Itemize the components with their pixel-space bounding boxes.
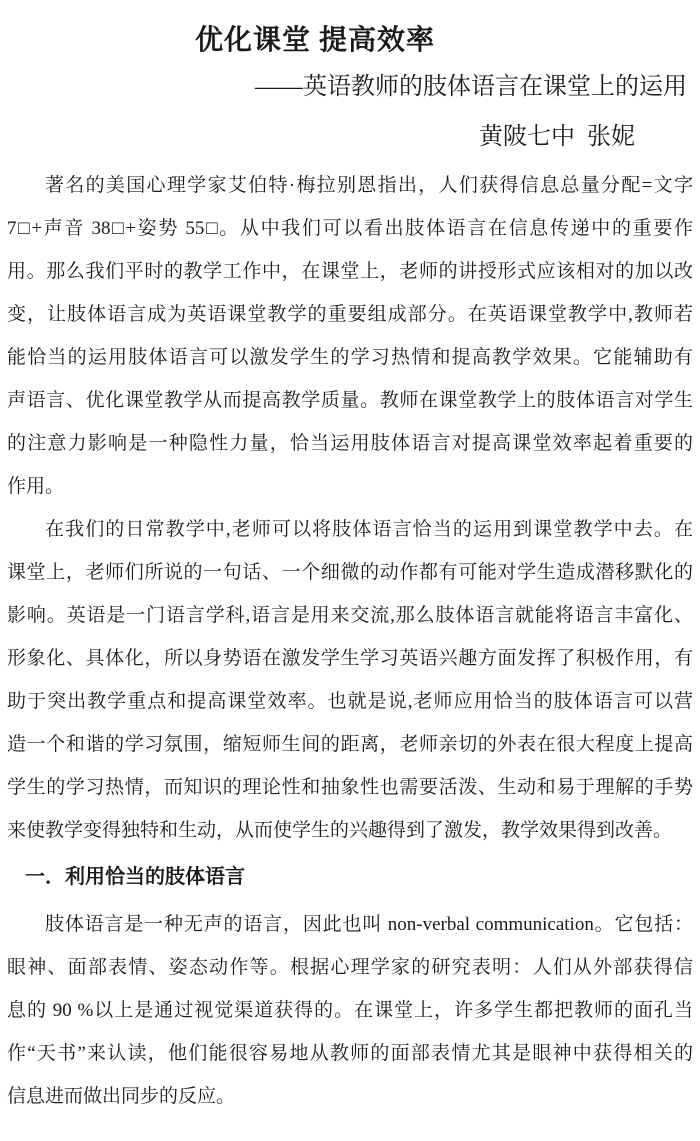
document-title: 优化课堂 提高效率 [7, 18, 693, 64]
text-line: 声语言、优化课堂教学从而提高教学质量。教师在课堂教学上的肢体语言对学生 [7, 379, 693, 422]
section-heading-1: 一．利用恰当的肢体语言 [7, 856, 693, 899]
document-author: 黄陂七中 张妮 [7, 114, 693, 160]
text-line: 用。那么我们平时的教学工作中，在课堂上，老师的讲授形式应该相对的加以改 [7, 250, 693, 293]
document-page: 优化课堂 提高效率 ——英语教师的肢体语言在课堂上的运用 黄陂七中 张妮 著名的… [0, 0, 700, 1141]
text-line: 助于突出教学重点和提高课堂效率。也就是说,老师应用恰当的肢体语言可以营 [7, 680, 693, 723]
text-line: 息的 90 %以上是通过视觉渠道获得的。在课堂上，许多学生都把教师的面孔当 [7, 989, 693, 1032]
text-line: 肢体语言是一种无声的语言，因此也叫 non-verbal communicati… [7, 903, 693, 946]
text-line: 造一个和谐的学习氛围，缩短师生间的距离，老师亲切的外表在很大程度上提高 [7, 723, 693, 766]
text-line: 的注意力影响是一种隐性力量，恰当运用肢体语言对提高课堂效率起着重要的 [7, 422, 693, 465]
text-line: 作“天书”来认读，他们能很容易地从教师的面部表情尤其是眼神中获得相关的 [7, 1032, 693, 1075]
text-line: 信息进而做出同步的反应。 [7, 1075, 693, 1118]
text-line: 形象化、具体化，所以身势语在激发学生学习英语兴趣方面发挥了积极作用，有 [7, 637, 693, 680]
text-line: 影响。英语是一门语言学科,语言是用来交流,那么肢体语言就能将语言丰富化、 [7, 594, 693, 637]
text-line: 能恰当的运用肢体语言可以激发学生的学习热情和提高教学效果。它能辅助有 [7, 336, 693, 379]
text-line: 课堂上，老师们所说的一句话、一个细微的动作都有可能对学生造成潜移默化的 [7, 551, 693, 594]
text-line: 在我们的日常教学中,老师可以将肢体语言恰当的运用到课堂教学中去。在 [7, 508, 693, 551]
text-line: 变，让肢体语言成为英语课堂教学的重要组成部分。在英语课堂教学中,教师若 [7, 293, 693, 336]
text-line: 著名的美国心理学家艾伯特·梅拉别恩指出，人们获得信息总量分配=文字 [7, 164, 693, 207]
document-subtitle: ——英语教师的肢体语言在课堂上的运用 [7, 64, 693, 110]
text-line: 7□+声音 38□+姿势 55□。从中我们可以看出肢体语言在信息传递中的重要作 [7, 207, 693, 250]
paragraph-1: 著名的美国心理学家艾伯特·梅拉别恩指出，人们获得信息总量分配=文字7□+声音 3… [7, 164, 693, 508]
text-line: 学生的学习热情，而知识的理论性和抽象性也需要活泼、生动和易于理解的手势 [7, 766, 693, 809]
text-line: 来使教学变得独特和生动，从而使学生的兴趣得到了激发，教学效果得到改善。 [7, 809, 693, 852]
paragraph-3: 肢体语言是一种无声的语言，因此也叫 non-verbal communicati… [7, 903, 693, 1118]
text-line: 作用。 [7, 465, 693, 508]
paragraph-2: 在我们的日常教学中,老师可以将肢体语言恰当的运用到课堂教学中去。在课堂上，老师们… [7, 508, 693, 852]
text-line: 眼神、面部表情、姿态动作等。根据心理学家的研究表明：人们从外部获得信 [7, 946, 693, 989]
